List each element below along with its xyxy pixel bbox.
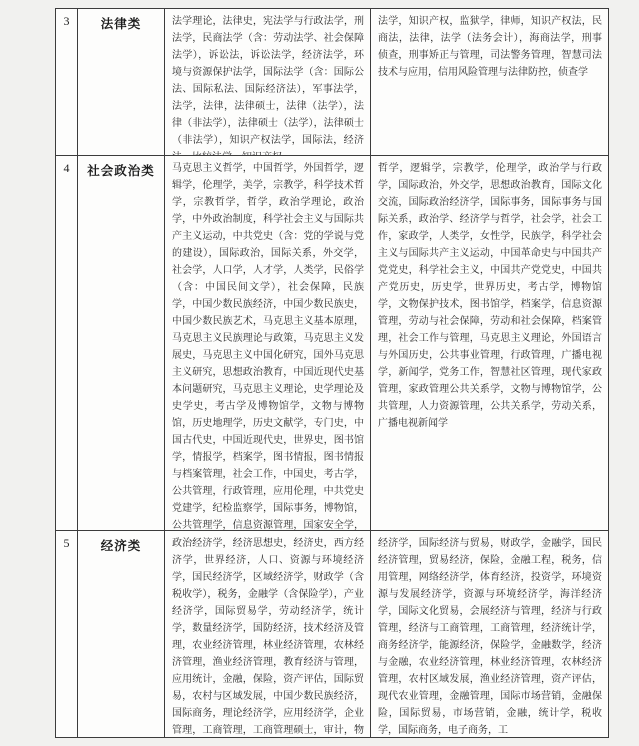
row-number: 4 [56, 156, 78, 530]
majors-list-right: 经济学，国际经济与贸易，财政学，金融学，国民经济管理，贸易经济，保险，金融工程，… [371, 531, 608, 738]
majors-table: 3 法律类 法学理论，法律史，宪法学与行政法学，刑法学，民商法学（含：劳动法学、… [55, 8, 609, 738]
category-name: 社会政治类 [78, 156, 165, 530]
majors-list-right: 法学，知识产权，监狱学，律师，知识产权法，民商法，法律，法学（法务会计），海商法… [371, 9, 608, 155]
majors-list-left: 马克思主义哲学，中国哲学，外国哲学，逻辑学，伦理学，美学，宗教学，科学技术哲学，… [165, 156, 371, 530]
table-row-law: 3 法律类 法学理论，法律史，宪法学与行政法学，刑法学，民商法学（含：劳动法学、… [56, 9, 608, 156]
document-page: 3 法律类 法学理论，法律史，宪法学与行政法学，刑法学，民商法学（含：劳动法学、… [0, 0, 639, 746]
row-number: 5 [56, 531, 78, 738]
table-row-social-politics: 4 社会政治类 马克思主义哲学，中国哲学，外国哲学，逻辑学，伦理学，美学，宗教学… [56, 156, 608, 531]
table-row-economics: 5 经济类 政治经济学，经济思想史，经济史，西方经济学，世界经济，人口、资源与环… [56, 531, 608, 738]
category-name: 法律类 [78, 9, 165, 155]
majors-list-left: 政治经济学，经济思想史，经济史，西方经济学，世界经济，人口、资源与环境经济学，国… [165, 531, 371, 738]
majors-list-left: 法学理论，法律史，宪法学与行政法学，刑法学，民商法学（含：劳动法学、社会保障法学… [165, 9, 371, 155]
category-name: 经济类 [78, 531, 165, 738]
majors-list-right: 哲学，逻辑学，宗教学，伦理学，政治学与行政学，国际政治，外交学，思想政治教育，国… [371, 156, 608, 530]
row-number: 3 [56, 9, 78, 155]
